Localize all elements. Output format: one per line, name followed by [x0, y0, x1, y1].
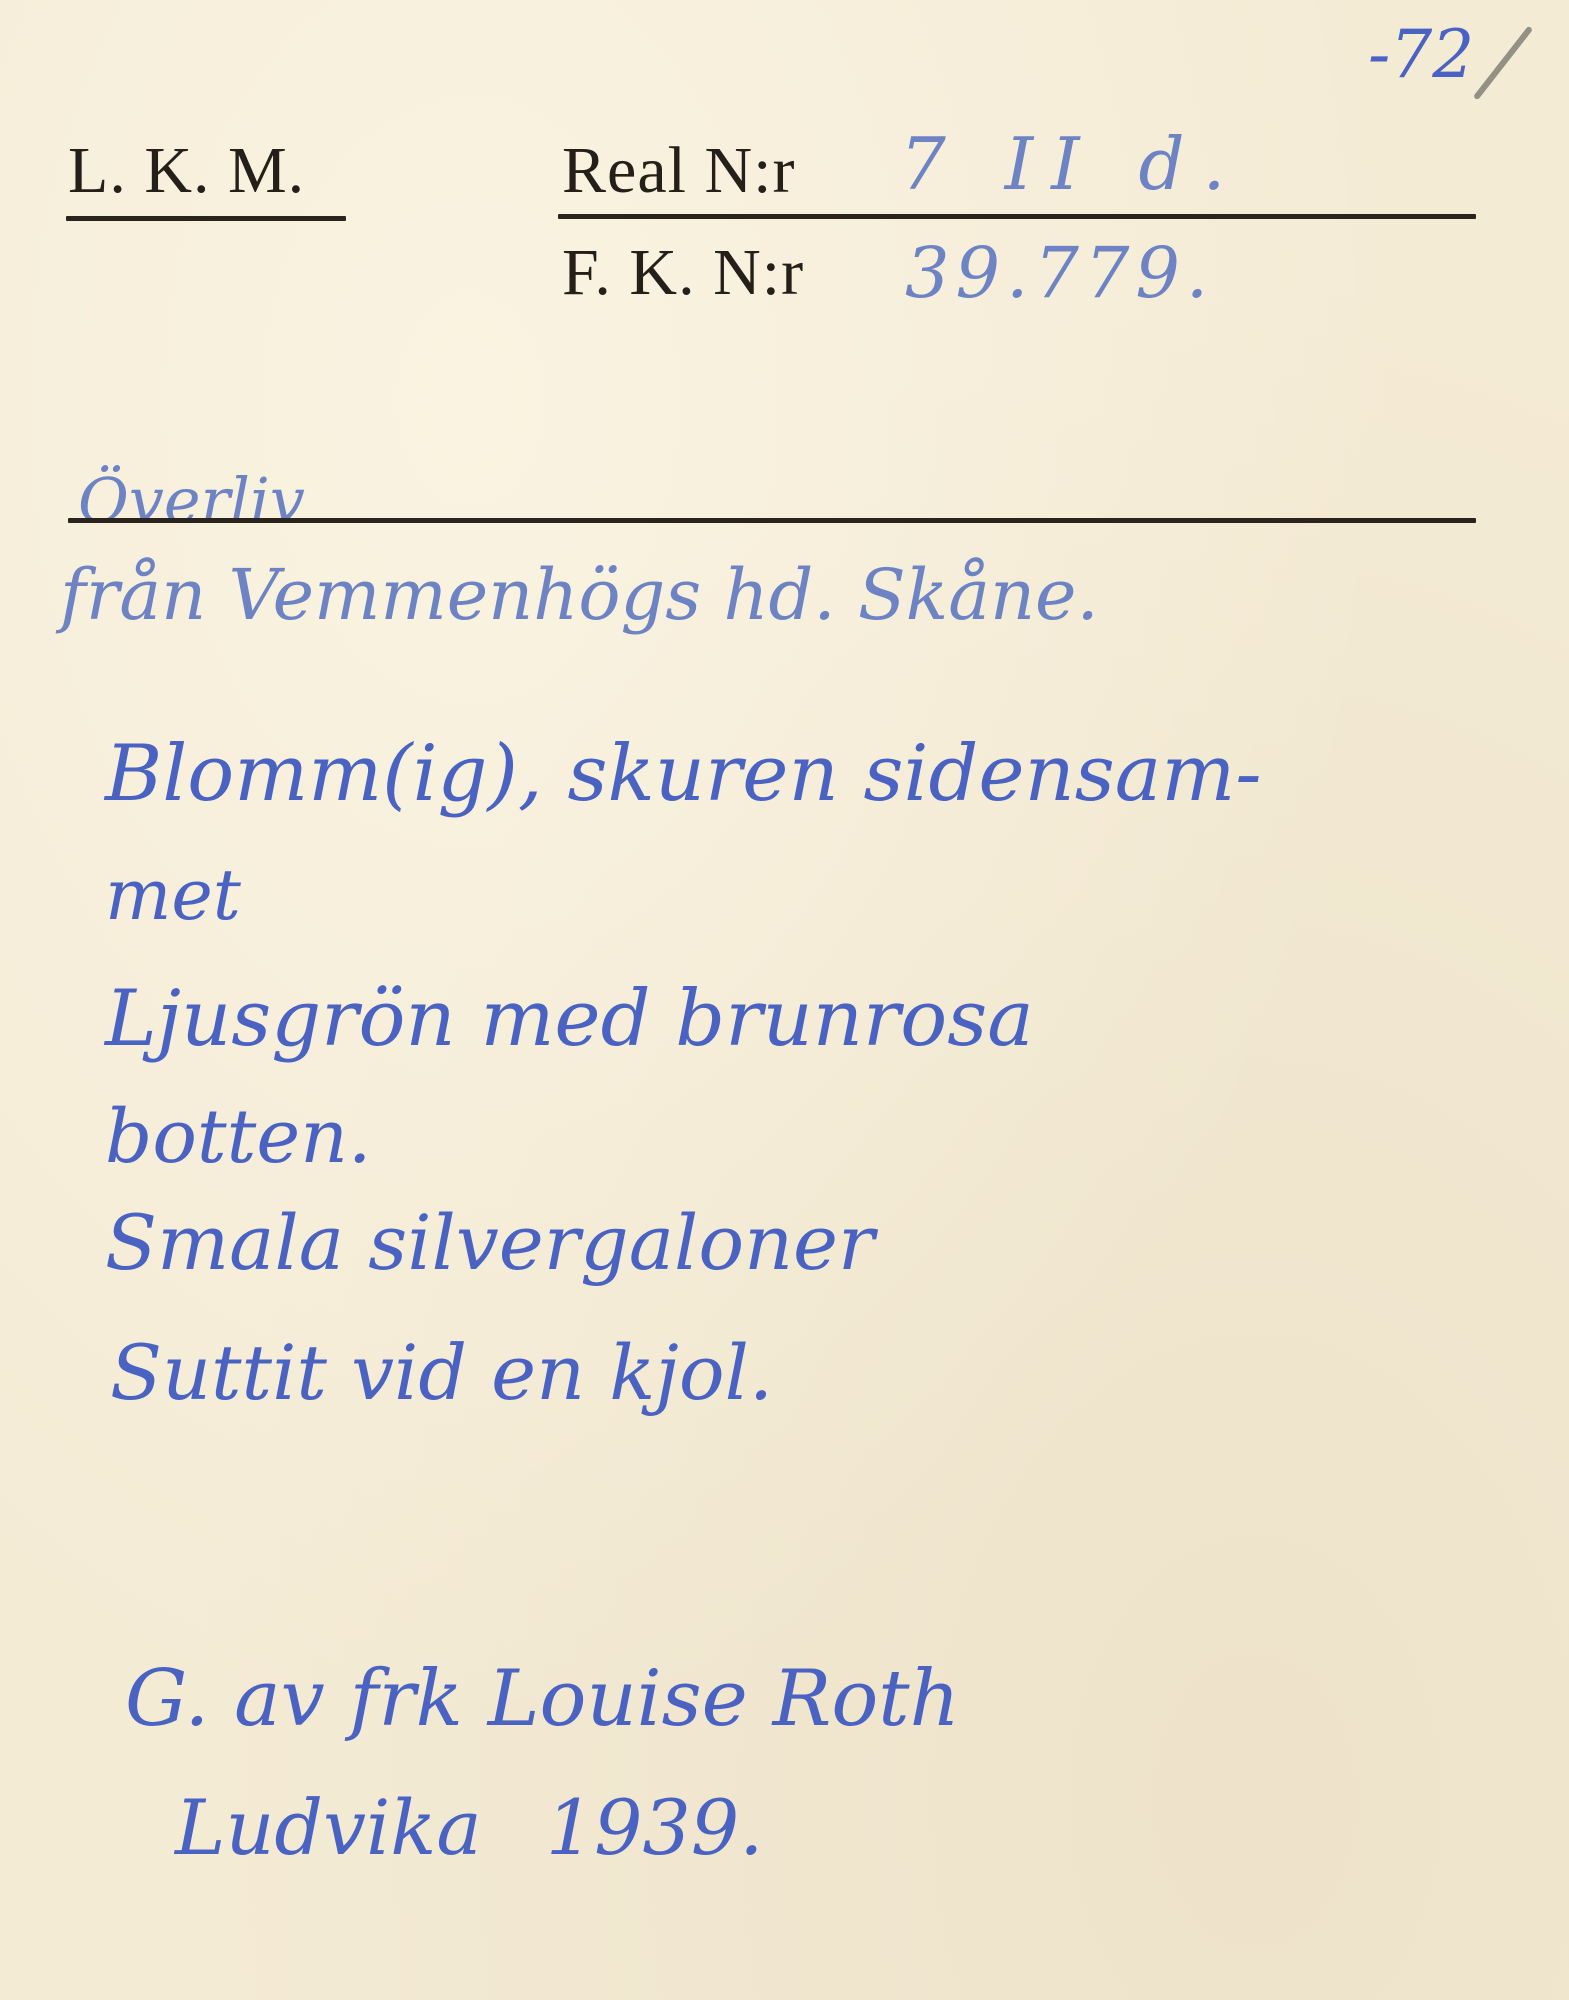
donor-line-1: G. av frk Louise Roth: [125, 1660, 960, 1738]
real-nr-label: Real N:r: [562, 138, 795, 204]
description-line-2: met: [105, 860, 241, 930]
provenance-text: från Vemmenhögs hd. Skåne.: [60, 560, 1099, 630]
real-nr-underline: [558, 214, 1476, 219]
description-line-6: Suttit vid en kjol.: [110, 1335, 773, 1411]
fk-nr-value: 39.779.: [905, 238, 1214, 308]
description-line-4: botten.: [105, 1100, 371, 1174]
description-line-1: Blomm(ig), skuren sidensam-: [105, 735, 1262, 813]
real-nr-value: 7 II d.: [900, 128, 1243, 200]
fk-nr-label: F. K. N:r: [562, 240, 804, 306]
catalog-card: -72 L. K. M. Real N:r 7 II d. F. K. N:r …: [0, 0, 1569, 2000]
corner-mark: -72: [1368, 22, 1474, 88]
description-line-5: Smala silvergaloner: [105, 1205, 874, 1281]
institution-label: L. K. M.: [68, 138, 305, 204]
pencil-check-mark: [1473, 26, 1533, 101]
institution-underline: [66, 216, 346, 221]
donor-line-2: Ludvika 1939.: [175, 1790, 763, 1866]
object-name-rule: [68, 518, 1476, 523]
description-line-3: Ljusgrön med brunrosa: [105, 980, 1034, 1058]
